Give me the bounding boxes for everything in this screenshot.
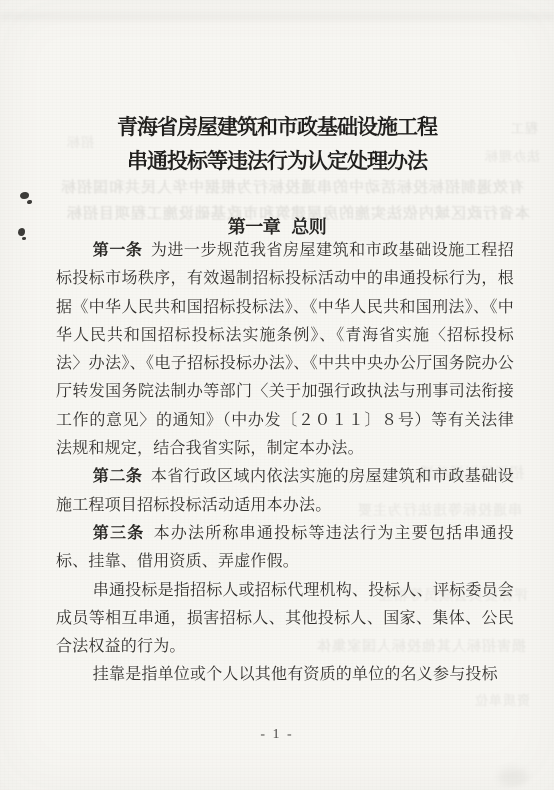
chapter-number: 第一章 <box>228 217 281 237</box>
document-title-line2: 串通投标等违法行为认定处理办法 <box>0 145 554 179</box>
document-title: 青海省房屋建筑和市政基础设施工程 串通投标等违法行为认定处理办法 <box>0 111 554 179</box>
page-number: - 1 - <box>0 727 554 743</box>
body-paragraph: 挂靠是指单位或个人以其他有资质的单位的名义参与投标 <box>56 661 514 689</box>
scan-noise-band <box>0 12 554 21</box>
body-paragraph: 第一条 为进一步规范我省房屋建筑和市政基础设施工程招标投标市场秩序，有效遏制招标… <box>56 237 514 463</box>
scanned-document-page: 有效遏制招标投标活动中的串通投标行为根据中华人民共和国招标本省行政区域内依法实施… <box>0 0 554 790</box>
body-paragraph: 第三条 本办法所称串通投标等违法行为主要包括串通投标、挂靠、借用资质、弄虚作假。 <box>56 520 514 577</box>
document-body: 第一条 为进一步规范我省房屋建筑和市政基础设施工程招标投标市场秩序，有效遏制招标… <box>56 237 514 690</box>
article-number: 第三条 <box>93 525 145 542</box>
chapter-title: 总则 <box>291 217 326 237</box>
bleedthrough-text: 资质单位 <box>468 690 530 709</box>
body-paragraph: 第二条 本省行政区域内依法实施的房屋建筑和市政基础设施工程项目招标投标活动适用本… <box>56 463 514 520</box>
scan-speck <box>20 192 29 199</box>
article-number: 第一条 <box>93 242 143 259</box>
scan-speck <box>27 200 32 204</box>
document-title-line1: 青海省房屋建筑和市政基础设施工程 <box>0 111 554 145</box>
article-number: 第二条 <box>93 468 143 485</box>
body-paragraph: 串通投标是指招标人或招标代理机构、投标人、评标委员会成员等相互串通，损害招标人、… <box>56 577 514 662</box>
scan-smudge <box>498 768 528 786</box>
